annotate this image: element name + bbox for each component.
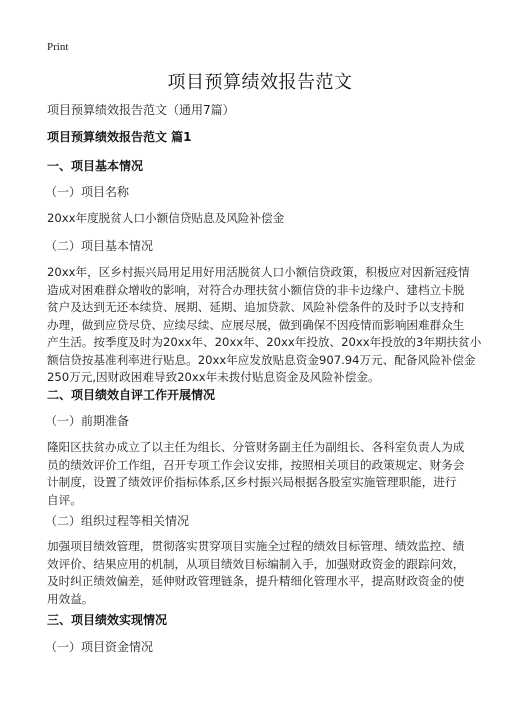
subsection-heading-2-2: （二）组织过程等相关情况 (45, 512, 475, 529)
paragraph-line: 自评。 (47, 492, 477, 510)
subsection-heading-1-2: （二）项目基本情况 (45, 237, 475, 254)
document-page: Print 项目预算绩效报告范文 项目预算绩效报告范文（通用7篇） 项目预算绩效… (0, 0, 520, 718)
paragraph-line: 20xx年，区乡村振兴局用足用好用活脱贫人口小额信贷政策，积极应对因新冠疫情 (47, 264, 477, 282)
paragraph-line: 额信贷按基准利率进行贴息。20xx年应发放贴息资金907.94万元、配备风险补偿… (47, 352, 477, 370)
paragraph-line: 及时纠正绩效偏差，延伸财政管理链条，提升精细化管理水平，提高财政资金的使 (47, 573, 477, 591)
paragraph-organization: 加强项目绩效管理，贯彻落实贯穿项目实施全过程的绩效目标管理、绩效监控、绩 效评价… (47, 538, 477, 608)
print-link[interactable]: Print (47, 41, 68, 53)
paragraph-project-name: 20xx年度脱贫人口小额信贷贴息及风险补偿金 (47, 210, 477, 228)
section-heading-3: 三、项目绩效实现情况 (47, 611, 477, 628)
paragraph-project-basics: 20xx年，区乡村振兴局用足用好用活脱贫人口小额信贷政策，积极应对因新冠疫情 造… (47, 264, 477, 387)
paragraph-line: 20xx年度脱贫人口小额信贷贴息及风险补偿金 (47, 210, 477, 228)
article-heading: 项目预算绩效报告范文 篇1 (47, 128, 477, 145)
paragraph-line: 员的绩效评价工作组，召开专项工作会议安排，按照相关项目的政策规定、财务会 (47, 457, 477, 475)
document-title: 项目预算绩效报告范文 (0, 68, 520, 94)
paragraph-line: 效评价、结果应用的机制，从项目绩效目标编制入手，加强财政资金的跟踪问效， (47, 556, 477, 574)
subsection-heading-2-1: （一）前期准备 (45, 412, 475, 429)
paragraph-line: 计制度，设置了绩效评价指标体系,区乡村振兴局根据各股室实施管理职能，进行 (47, 474, 477, 492)
document-subtitle: 项目预算绩效报告范文（通用7篇） (47, 101, 477, 118)
paragraph-line: 贫户及达到无还本续贷、展期、延期、追加贷款、风险补偿条件的及时予以支持和 (47, 299, 477, 317)
paragraph-preparation: 隆阳区扶贫办成立了以主任为组长、分管财务副主任为副组长、各科室负责人为成 员的绩… (47, 439, 477, 509)
subsection-heading-3-1: （一）项目资金情况 (45, 638, 475, 655)
paragraph-line: 用效益。 (47, 591, 477, 609)
paragraph-line: 办理，做到应贷尽贷、应续尽续、应展尽展，做到确保不因疫情而影响困难群众生 (47, 317, 477, 335)
paragraph-line: 隆阳区扶贫办成立了以主任为组长、分管财务副主任为副组长、各科室负责人为成 (47, 439, 477, 457)
subsection-heading-1-1: （一）项目名称 (45, 183, 475, 200)
paragraph-line: 产生活。按季度及时为20xx年、20xx年、20xx年投放、20xx年投放的3年… (47, 334, 477, 352)
paragraph-line: 加强项目绩效管理，贯彻落实贯穿项目实施全过程的绩效目标管理、绩效监控、绩 (47, 538, 477, 556)
section-heading-2: 二、项目绩效自评工作开展情况 (47, 386, 477, 403)
paragraph-line: 250万元,因财政困难导致20xx年未拨付贴息资金及风险补偿金。 (47, 369, 477, 387)
section-heading-1: 一、项目基本情况 (47, 157, 477, 174)
paragraph-line: 造成对困难群众增收的影响，对符合办理扶贫小额信贷的非卡边缘户、建档立卡脱 (47, 282, 477, 300)
